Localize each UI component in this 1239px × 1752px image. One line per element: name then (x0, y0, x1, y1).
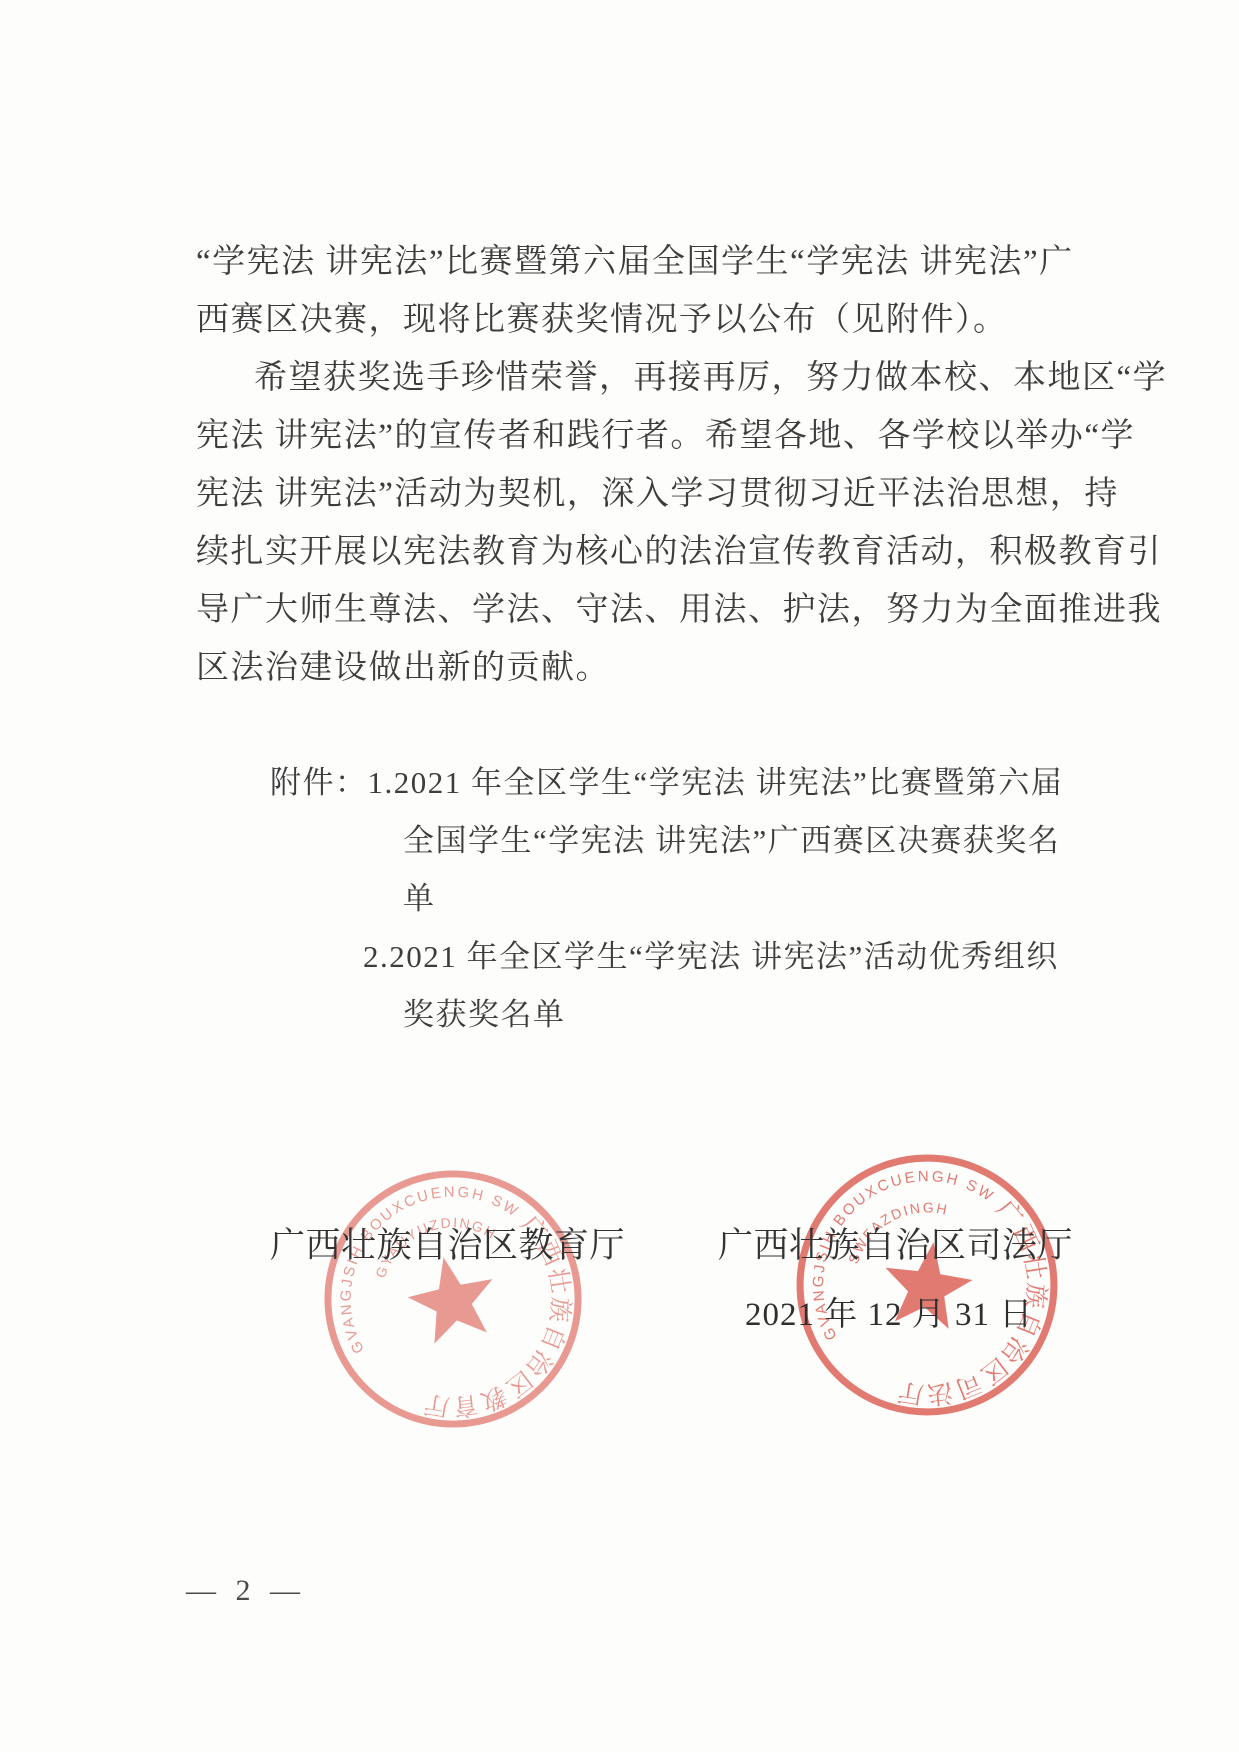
body-line: 希望获奖选手珍惜荣誉，再接再厉，努力做本校、本地区“学 (196, 349, 1096, 407)
official-seal-justice: GVANGJSIH BOUXCUENGH SWCIGIH SWFAZDINGH … (791, 1149, 1063, 1421)
official-seal-education: GVANGJSIH BOUXCUENGH SWCIGIH GYAUYUZDING… (319, 1165, 587, 1433)
seal-graphic-left: GVANGJSIH BOUXCUENGH SWCIGIH GYAUYUZDING… (319, 1165, 587, 1433)
document-page: GVANGJSIH BOUXCUENGH SWCIGIH GYAUYUZDING… (0, 0, 1239, 1752)
body-line: “学宪法 讲宪法”比赛暨第六届全国学生“学宪法 讲宪法”广 (196, 233, 1096, 291)
document-date: 2021 年 12 月 31 日 (745, 1288, 1033, 1335)
page-number: — 2 — (186, 1574, 306, 1608)
body-line: 宪法 讲宪法”活动为契机，深入学习贯彻习近平法治思想，持 (196, 465, 1096, 523)
attachment-row: 奖获奖名单 (270, 986, 1070, 1044)
body-line: 西赛区决赛，现将比赛获奖情况予以公布（见附件）。 (196, 291, 1096, 349)
seal-ring (800, 1158, 1054, 1412)
attachment-row: 全国学生“学宪法 讲宪法”广西赛区决赛获奖名 (270, 812, 1070, 870)
attachment-list: 附件：1.2021 年全区学生“学宪法 讲宪法”比赛暨第六届 全国学生“学宪法 … (270, 754, 1070, 1044)
attachment-row: 2.2021 年全区学生“学宪法 讲宪法”活动优秀组织 (270, 928, 1070, 986)
body-line: 导广大师生尊法、学法、守法、用法、护法，努力为全面推进我 (196, 581, 1096, 639)
attachment-row: 单 (270, 870, 1070, 928)
seal-ring (328, 1174, 578, 1424)
body-line: 宪法 讲宪法”的宣传者和践行者。希望各地、各学校以举办“学 (196, 407, 1096, 465)
signature-education-dept: 广西壮族自治区教育厅 (270, 1224, 625, 1268)
attachment-row: 附件：1.2021 年全区学生“学宪法 讲宪法”比赛暨第六届 (270, 754, 1070, 812)
signature-justice-dept: 广西壮族自治区司法厅 (718, 1224, 1073, 1268)
body-line: 续扎实开展以宪法教育为核心的法治宣传教育活动，积极教育引 (196, 523, 1096, 581)
body-text: “学宪法 讲宪法”比赛暨第六届全国学生“学宪法 讲宪法”广 西赛区决赛，现将比赛… (196, 233, 1096, 697)
seal-graphic-right: GVANGJSIH BOUXCUENGH SWCIGIH SWFAZDINGH … (791, 1149, 1063, 1421)
body-line: 区法治建设做出新的贡献。 (196, 639, 1096, 697)
